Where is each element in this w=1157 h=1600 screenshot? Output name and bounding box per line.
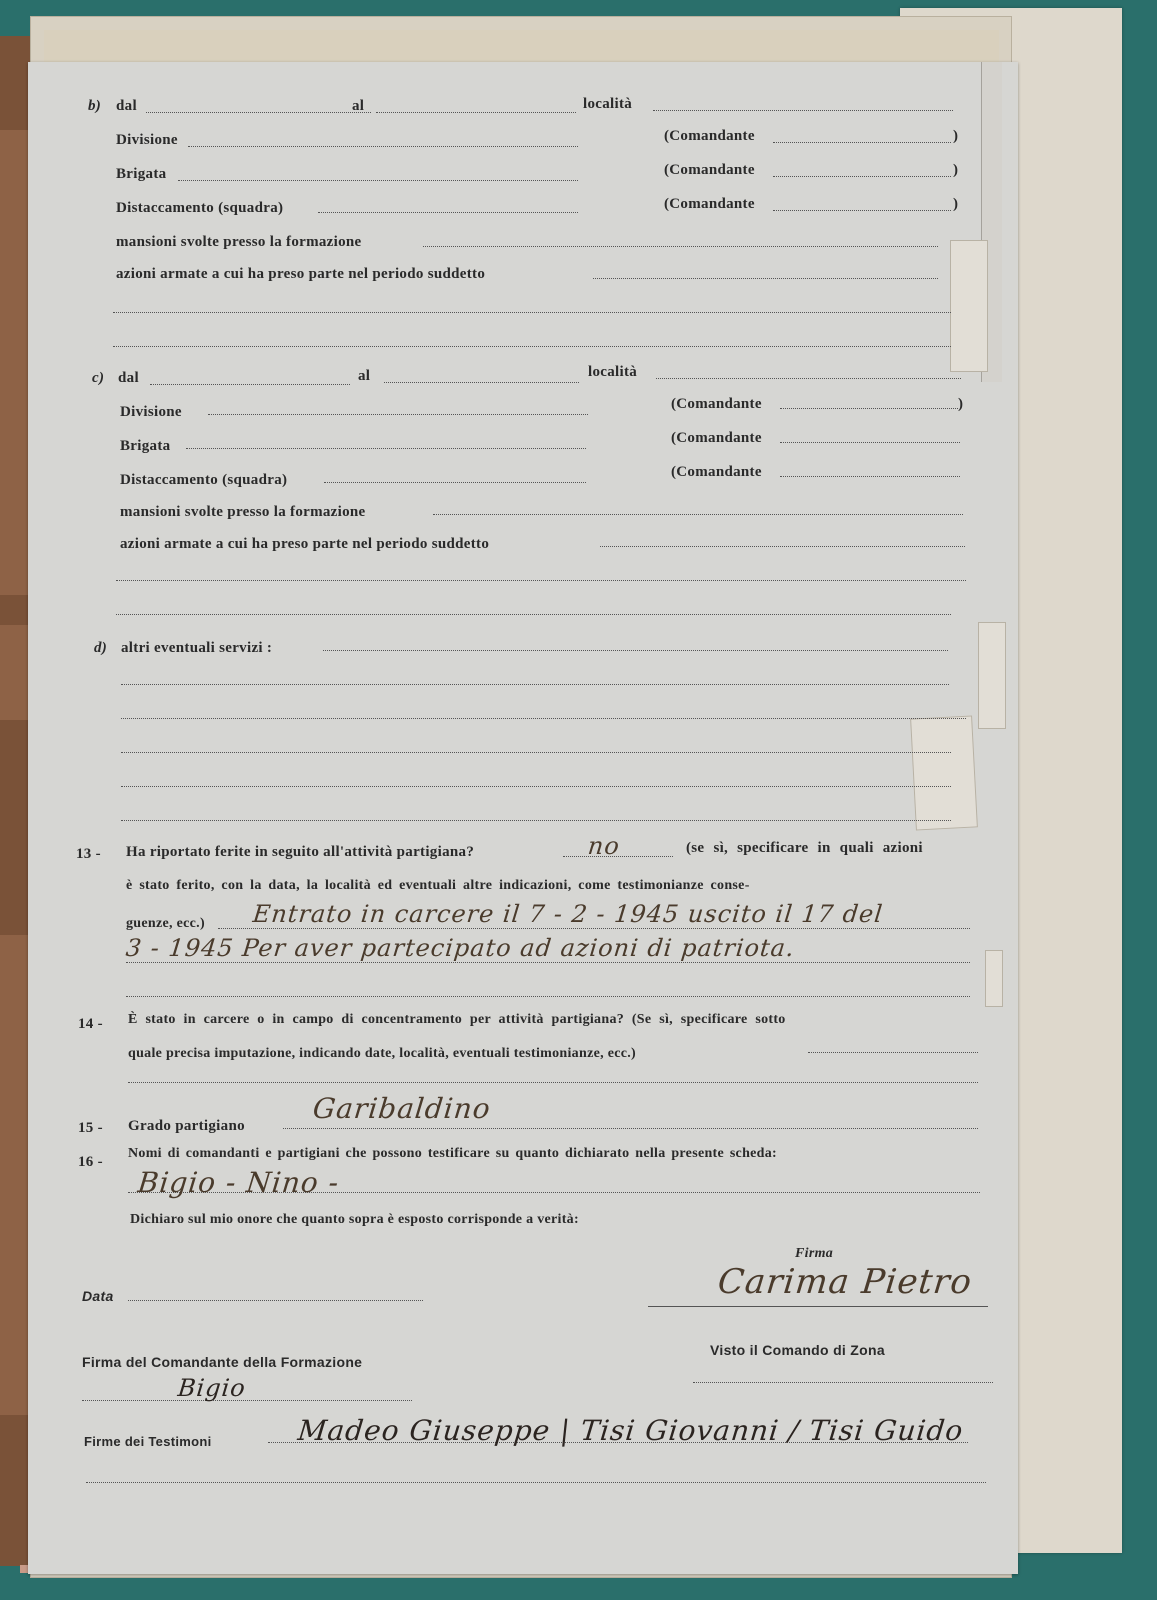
firma-field[interactable] (648, 1306, 988, 1307)
comandante-label: (Comandante (664, 196, 755, 213)
al-label: al (352, 98, 364, 115)
localita-label: località (583, 96, 632, 113)
repair-tape (910, 715, 978, 830)
data-field[interactable] (128, 1300, 423, 1301)
localita-label: località (588, 364, 637, 381)
altri-servizi-field[interactable] (323, 650, 948, 651)
divisione-label: Divisione (116, 132, 178, 149)
ferite-answer: no (587, 832, 622, 860)
ferite-details-field[interactable] (218, 928, 970, 929)
distaccamento-label: Distaccamento (squadra) (120, 472, 287, 489)
repair-tape (950, 240, 988, 372)
distaccamento-field[interactable] (324, 482, 586, 483)
section-c-marker: c) (92, 370, 104, 387)
testimoni-signatures: Madeo Giuseppe | Tisi Giovanni / Tisi Gu… (296, 1414, 965, 1447)
firma-signature: Carima Pietro (716, 1262, 974, 1302)
firma-label: Firma (795, 1246, 833, 1262)
al-field[interactable] (384, 382, 579, 383)
distaccamento-field[interactable] (318, 212, 578, 213)
mansioni-label: mansioni svolte presso la formazione (120, 504, 366, 521)
ferite-details-field[interactable] (126, 962, 970, 963)
altri-servizi-field[interactable] (121, 752, 951, 753)
carcere-field[interactable] (128, 1082, 978, 1083)
question-13-text: Ha riportato ferite in seguito all'attiv… (126, 844, 474, 861)
question-number: 13 - (76, 846, 101, 863)
form-sheet: b) dal al località Divisione (Comandante… (28, 62, 1018, 1574)
azioni-field-continued[interactable] (113, 346, 951, 347)
paren: ) (958, 396, 963, 413)
testimoni-label: Firme dei Testimoni (84, 1434, 212, 1449)
mansioni-field[interactable] (423, 246, 938, 247)
question-14-line1: È stato in carcere o in campo di concent… (128, 1012, 786, 1028)
question-number: 14 - (78, 1016, 103, 1033)
brigata-label: Brigata (120, 438, 170, 455)
comandante-label: (Comandante (671, 430, 762, 447)
al-label: al (358, 368, 370, 385)
grado-field[interactable] (283, 1128, 978, 1129)
azioni-field[interactable] (600, 546, 965, 547)
question-number: 15 - (78, 1120, 103, 1137)
comandante-field[interactable] (773, 176, 951, 177)
testimoni-answer: Bigio - Nino - (136, 1166, 341, 1199)
comandante-field[interactable] (773, 142, 951, 143)
altri-servizi-label: altri eventuali servizi : (121, 640, 272, 657)
carcere-field[interactable] (808, 1052, 978, 1053)
dal-field[interactable] (146, 112, 371, 113)
localita-field[interactable] (656, 378, 961, 379)
section-b-marker: b) (88, 98, 101, 115)
comandante-field[interactable] (780, 408, 958, 409)
grado-label: Grado partigiano (128, 1118, 245, 1135)
altri-servizi-field[interactable] (121, 786, 951, 787)
comandante-field[interactable] (780, 442, 960, 443)
testimoni-question: Nomi di comandanti e partigiani che poss… (128, 1146, 777, 1162)
comandante-label: (Comandante (664, 128, 755, 145)
azioni-label: azioni armate a cui ha preso parte nel p… (120, 536, 489, 553)
comandante-label: (Comandante (671, 464, 762, 481)
brigata-label: Brigata (116, 166, 166, 183)
comandante-label: (Comandante (671, 396, 762, 413)
paren: ) (953, 128, 958, 145)
brigata-field[interactable] (178, 180, 578, 181)
mansioni-field[interactable] (433, 514, 963, 515)
paren: ) (953, 162, 958, 179)
testimoni-signatures-field[interactable] (86, 1482, 986, 1483)
dal-label: dal (116, 98, 137, 115)
dal-label: dal (118, 370, 139, 387)
repair-tape (978, 622, 1006, 729)
paren: ) (953, 196, 958, 213)
mansioni-label: mansioni svolte presso la formazione (116, 234, 362, 251)
ferite-handwritten-2: 3 - 1945 Per aver partecipato ad azioni … (125, 934, 797, 962)
azioni-field-continued[interactable] (113, 312, 951, 313)
altri-servizi-field[interactable] (121, 820, 951, 821)
comandante-signature: Bigio (177, 1374, 248, 1402)
brigata-field[interactable] (186, 448, 586, 449)
azioni-field-continued[interactable] (116, 614, 951, 615)
visto-field[interactable] (693, 1382, 993, 1383)
comandante-formazione-field[interactable] (82, 1400, 412, 1401)
section-d-marker: d) (94, 640, 107, 657)
localita-field[interactable] (653, 110, 953, 111)
repair-tape (985, 950, 1003, 1007)
dal-field[interactable] (150, 384, 350, 385)
comandante-field[interactable] (773, 210, 951, 211)
question-13-line3: guenze, ecc.) (126, 916, 205, 932)
ferite-details-field[interactable] (126, 996, 970, 997)
data-label: Data (82, 1288, 114, 1304)
comandante-formazione-label: Firma del Comandante della Formazione (82, 1354, 362, 1370)
ferite-handwritten-1: Entrato in carcere il 7 - 2 - 1945 uscit… (252, 900, 885, 928)
question-number: 16 - (78, 1154, 103, 1171)
divisione-field[interactable] (208, 414, 588, 415)
question-13-line2: è stato ferito, con la data, la località… (126, 878, 750, 894)
azioni-field[interactable] (593, 278, 938, 279)
comandante-label: (Comandante (664, 162, 755, 179)
azioni-field-continued[interactable] (116, 580, 966, 581)
altri-servizi-field[interactable] (121, 684, 949, 685)
comandante-field[interactable] (780, 476, 960, 477)
divisione-field[interactable] (188, 146, 578, 147)
declaration-text: Dichiaro sul mio onore che quanto sopra … (130, 1212, 579, 1228)
azioni-label: azioni armate a cui ha preso parte nel p… (116, 266, 485, 283)
divisione-label: Divisione (120, 404, 182, 421)
grado-answer: Garibaldino (311, 1092, 492, 1125)
question-13-tail: (se sì, specificare in quali azioni (686, 840, 923, 857)
distaccamento-label: Distaccamento (squadra) (116, 200, 283, 217)
visto-label: Visto il Comando di Zona (710, 1342, 885, 1358)
altri-servizi-field[interactable] (121, 718, 966, 719)
al-field[interactable] (376, 112, 576, 113)
question-14-line2: quale precisa imputazione, indicando dat… (128, 1046, 636, 1062)
